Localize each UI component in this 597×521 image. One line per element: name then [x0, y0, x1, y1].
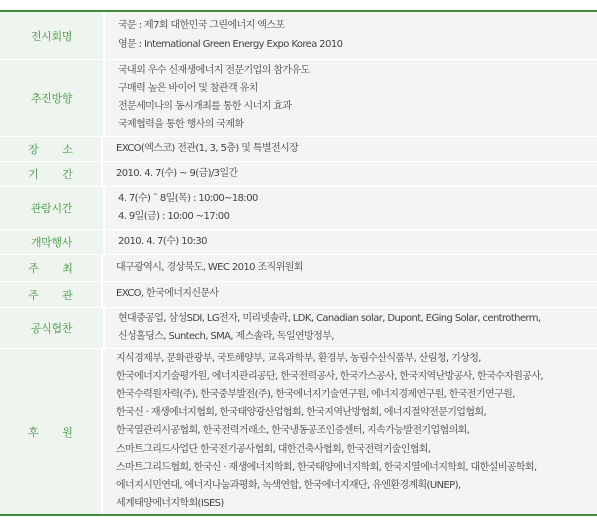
text-line: 국제협력을 통한 행사의 국제화: [118, 116, 597, 134]
row-period: 기 간 2010. 4. 7(수) ~ 9(금)/3일간: [0, 162, 597, 187]
row-opening-ceremony: 개막행사 2010. 4. 7(수) 10:30: [0, 230, 597, 255]
label-viewing-hours: 관람시간: [0, 187, 105, 229]
row-supporters: 후 원 지식경제부, 문화관광부, 국토해양부, 교육과학부, 환경부, 농림수…: [0, 349, 597, 514]
content-supporters: 지식경제부, 문화관광부, 국토해양부, 교육과학부, 환경부, 농림수산식품부…: [103, 349, 597, 514]
content-host: 대구광역시, 경상북도, WEC 2010 조직위원회: [103, 255, 597, 281]
text-line: 에너지시민연대, 에너지나눔과평화, 녹색연합, 한국에너지재단, 유엔환경계획…: [116, 477, 597, 495]
row-viewing-hours: 관람시간 4. 7(수) ˜ 8일(목) : 10:00~18:00 4. 9일…: [0, 187, 597, 230]
text-line: 현대중공업, 삼성SDI, LG전자, 미리넷솔라, LDK, Canadian…: [118, 310, 597, 328]
label-organizer: 주 관: [0, 282, 103, 307]
content-exhibition-name: 국문 : 제7회 대한민국 그린에너지 엑스포 영문 : Internation…: [105, 12, 597, 59]
row-host: 주 최 대구광역시, 경상북도, WEC 2010 조직위원회: [0, 255, 597, 282]
text-line: 스마트그리드사업단 한국전기공사협회, 대한건축사협회, 한국전력기술인협회,: [116, 441, 597, 459]
row-official-sponsors: 공식협찬 현대중공업, 삼성SDI, LG전자, 미리넷솔라, LDK, Can…: [0, 308, 597, 349]
label-venue: 장 소: [0, 137, 103, 161]
text-line: 한국수력원자력(주), 한국중부발전(주), 한국에너지기술연구원, 에너지경제…: [116, 386, 597, 404]
text-line: 신성홀딩스, Suntech, SMA, 제스솔라, 독일연방정부,: [118, 328, 597, 346]
text-line: 스마트그리드협회, 한국신 · 재생에너지학회, 한국태양에너지학회, 한국지열…: [116, 459, 597, 477]
text-line: 대구광역시, 경상북도, WEC 2010 조직위원회: [116, 259, 597, 277]
text-line: 한국열관리시공협회, 한국전력거래소, 한국냉동공조인증센터, 지속가능발전기업…: [116, 422, 597, 440]
content-viewing-hours: 4. 7(수) ˜ 8일(목) : 10:00~18:00 4. 9일(금) :…: [105, 187, 597, 229]
row-organizer: 주 관 EXCO, 한국에너지신문사: [0, 282, 597, 308]
text-line: 한국에너지기술평가원, 에너지관리공단, 한국전력공사, 한국가스공사, 한국지…: [116, 368, 597, 386]
content-period: 2010. 4. 7(수) ~ 9(금)/3일간: [103, 162, 597, 186]
text-line: 전문세미나의 동시개최를 통한 시너지 효과: [118, 98, 597, 116]
text-line: 2010. 4. 7(수) ~ 9(금)/3일간: [116, 165, 597, 183]
label-supporters: 후 원: [0, 349, 103, 514]
text-line: 국문 : 제7회 대한민국 그린에너지 엑스포: [118, 17, 597, 35]
text-line: 4. 7(수) ˜ 8일(목) : 10:00~18:00: [118, 190, 597, 208]
text-line: 국내외 우수 신재생에너지 전문기업의 참가유도: [118, 62, 597, 80]
row-exhibition-name: 전시회명 국문 : 제7회 대한민국 그린에너지 엑스포 영문 : Intern…: [0, 12, 597, 60]
text-line: 4. 9일(금) : 10:00 ~17:00: [118, 208, 597, 226]
label-official-sponsors: 공식협찬: [0, 308, 105, 348]
text-line: 2010. 4. 7(수) 10:30: [118, 233, 597, 251]
label-period: 기 간: [0, 162, 103, 186]
content-direction: 국내외 우수 신재생에너지 전문기업의 참가유도 구매력 높은 바이어 및 참관…: [105, 60, 597, 136]
row-direction: 추진방향 국내외 우수 신재생에너지 전문기업의 참가유도 구매력 높은 바이어…: [0, 60, 597, 137]
label-direction: 추진방향: [0, 60, 105, 136]
content-opening-ceremony: 2010. 4. 7(수) 10:30: [105, 230, 597, 254]
expo-info-table: 전시회명 국문 : 제7회 대한민국 그린에너지 엑스포 영문 : Intern…: [0, 10, 597, 516]
text-line: 지식경제부, 문화관광부, 국토해양부, 교육과학부, 환경부, 농림수산식품부…: [116, 350, 597, 368]
content-official-sponsors: 현대중공업, 삼성SDI, LG전자, 미리넷솔라, LDK, Canadian…: [105, 308, 597, 348]
label-exhibition-name: 전시회명: [0, 12, 105, 59]
text-line: EXCO(엑스코) 전관(1, 3, 5층) 및 특별전시장: [116, 140, 597, 158]
text-line: EXCO, 한국에너지신문사: [116, 285, 597, 303]
row-venue: 장 소 EXCO(엑스코) 전관(1, 3, 5층) 및 특별전시장: [0, 137, 597, 162]
content-venue: EXCO(엑스코) 전관(1, 3, 5층) 및 특별전시장: [103, 137, 597, 161]
text-line: 영문 : International Green Energy Expo Kor…: [118, 36, 597, 54]
label-opening-ceremony: 개막행사: [0, 230, 105, 254]
text-line: 한국신 · 재생에너지협회, 한국태양광산업협회, 한국지역난방협회, 에너지절…: [116, 404, 597, 422]
content-organizer: EXCO, 한국에너지신문사: [103, 282, 597, 307]
text-line: 세계태양에너지학회(ISES): [116, 495, 597, 513]
text-line: 구매력 높은 바이어 및 참관객 유치: [118, 80, 597, 98]
label-host: 주 최: [0, 255, 103, 281]
